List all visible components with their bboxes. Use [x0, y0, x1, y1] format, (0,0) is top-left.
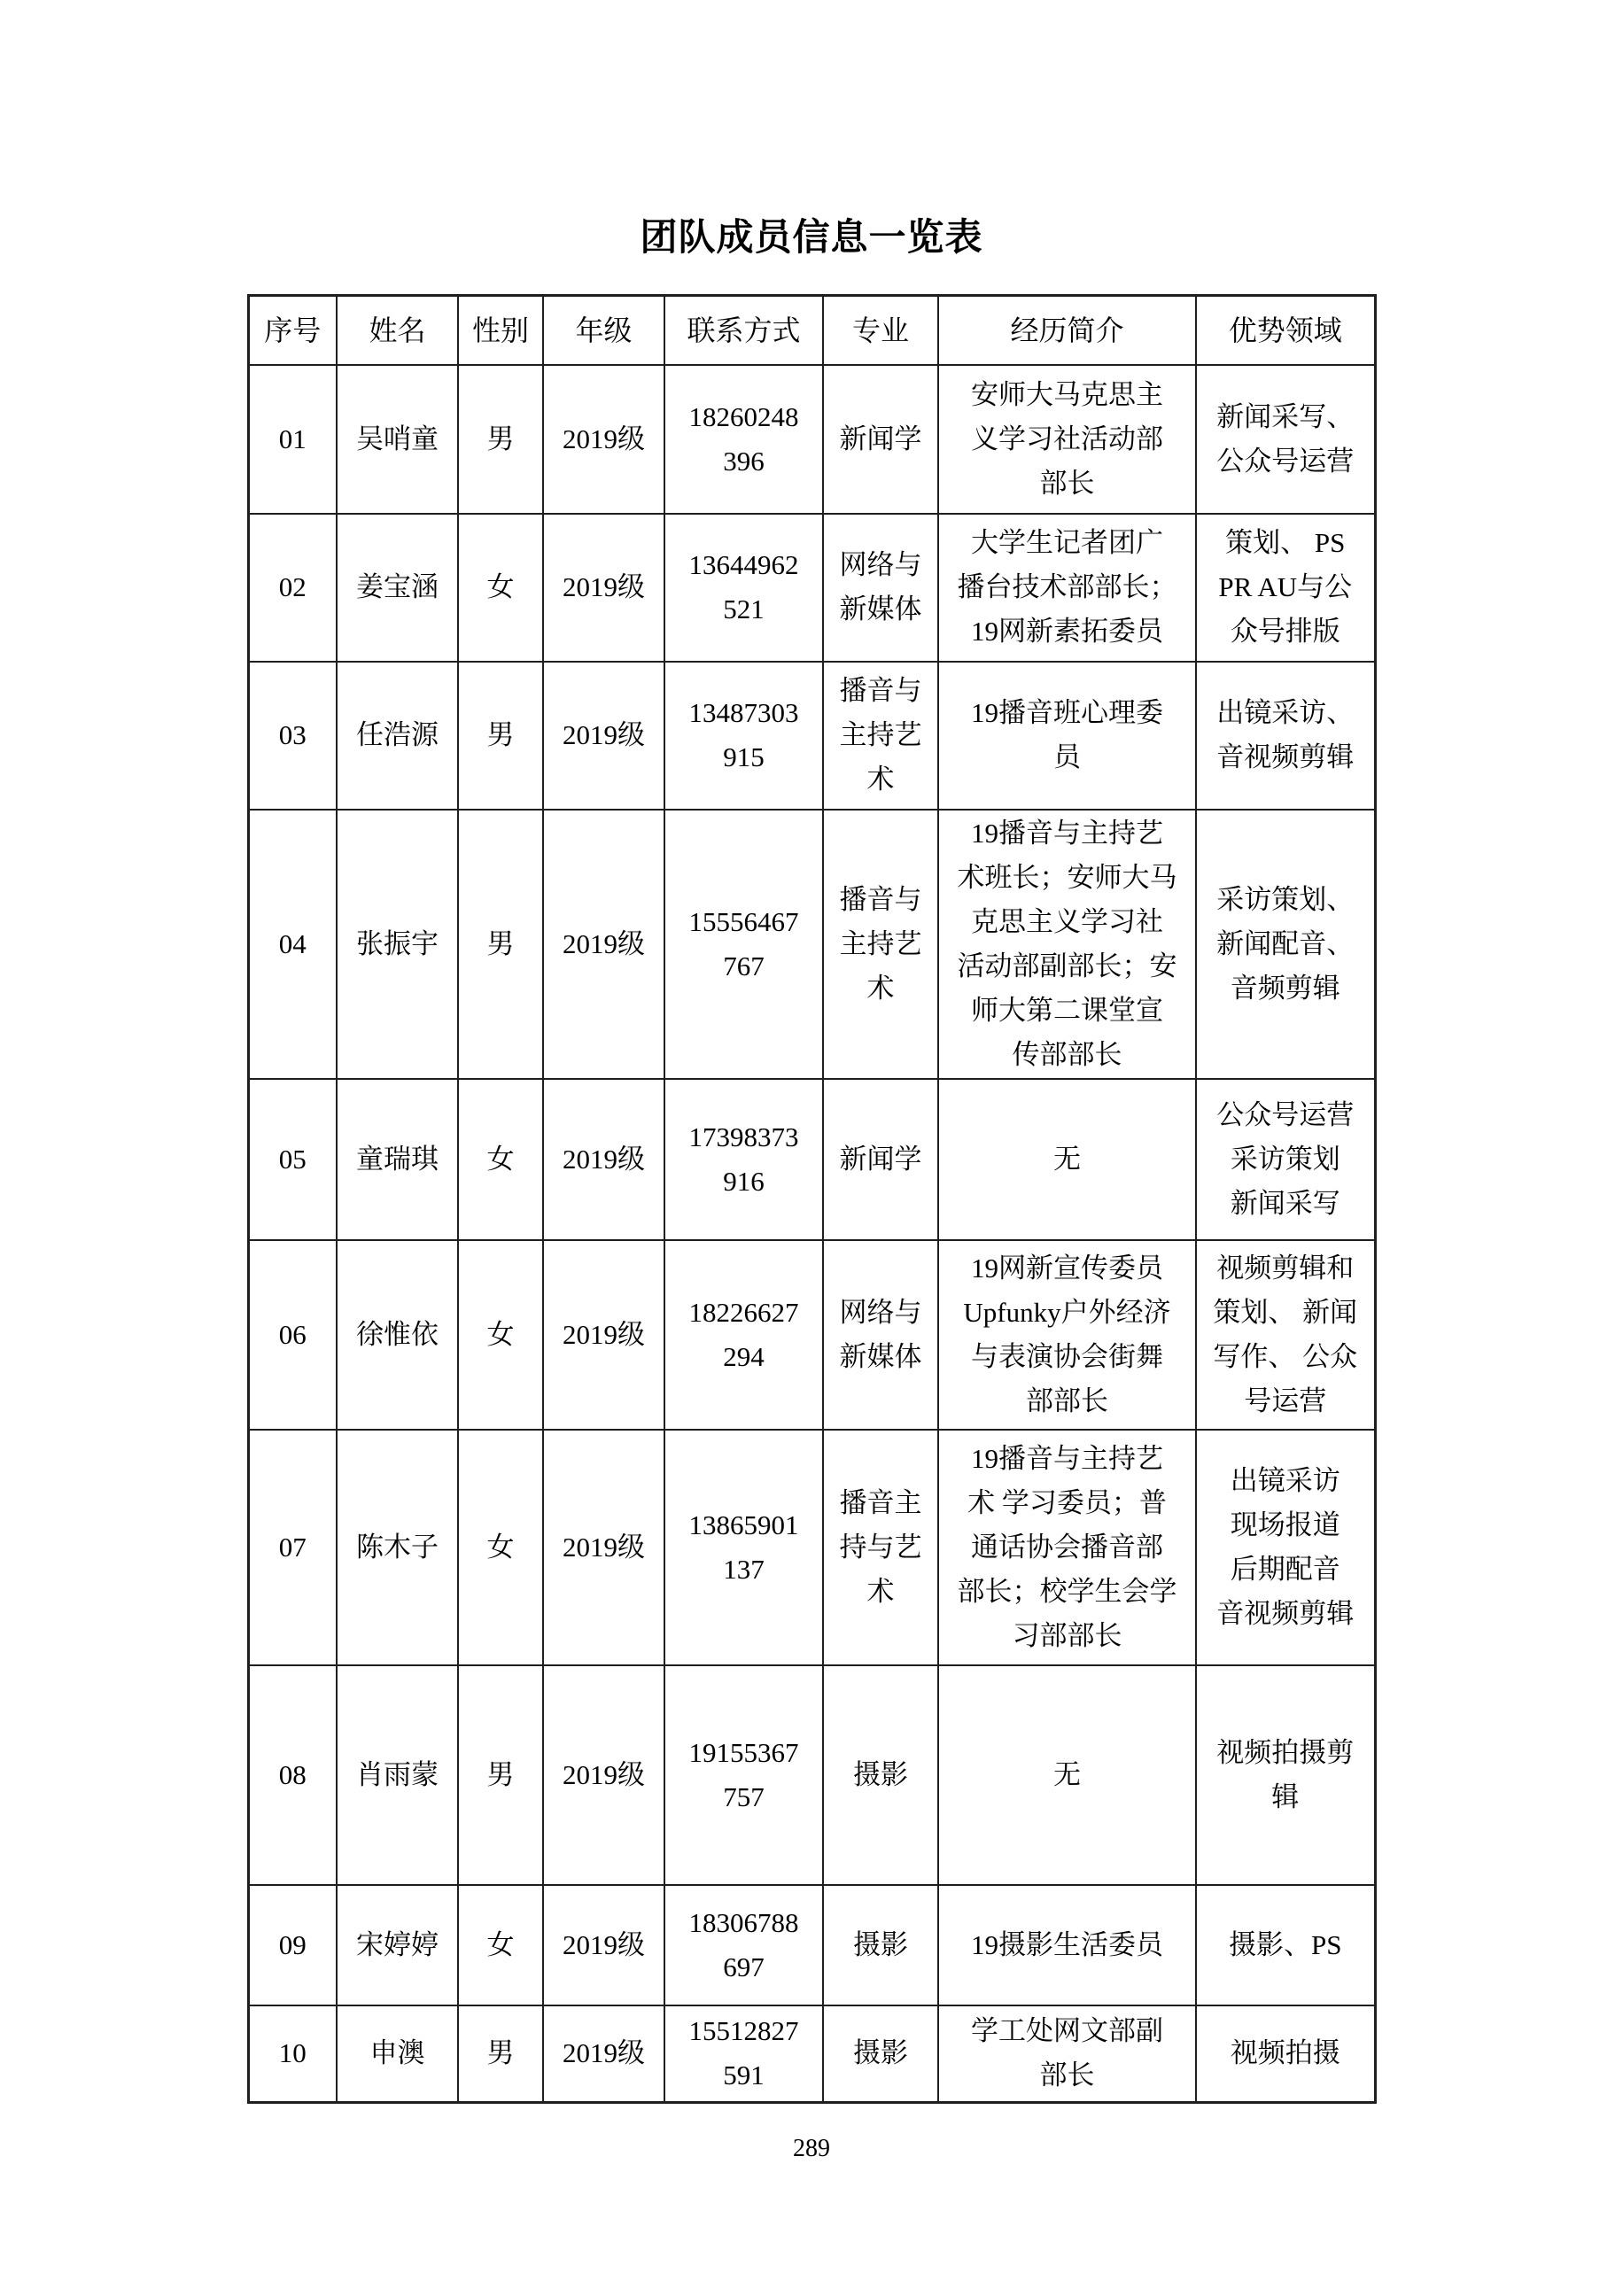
column-header-serial: 序号: [248, 296, 337, 365]
cell-contact: 13865901 137: [664, 1430, 823, 1665]
cell-serial: 06: [248, 1240, 337, 1430]
table-row: 02姜宝涵女2019级13644962 521网络与 新媒体大学生记者团广 播台…: [248, 514, 1375, 662]
cell-name: 申澳: [337, 2005, 458, 2103]
cell-grade: 2019级: [543, 514, 664, 662]
cell-name: 徐惟依: [337, 1240, 458, 1430]
cell-contact: 15556467 767: [664, 810, 823, 1079]
cell-serial: 04: [248, 810, 337, 1079]
cell-contact: 13644962 521: [664, 514, 823, 662]
cell-gender: 女: [458, 1885, 543, 2005]
cell-experience: 19播音与主持艺 术班长；安师大马 克思主义学习社 活动部副部长；安 师大第二课…: [938, 810, 1196, 1079]
cell-contact: 18306788 697: [664, 1885, 823, 2005]
cell-strengths: 新闻采写、 公众号运营: [1196, 365, 1375, 514]
cell-experience: 大学生记者团广 播台技术部部长； 19网新素拓委员: [938, 514, 1196, 662]
page-title: 团队成员信息一览表: [0, 0, 1623, 259]
cell-gender: 男: [458, 810, 543, 1079]
cell-strengths: 出镜采访 现场报道 后期配音 音视频剪辑: [1196, 1430, 1375, 1665]
column-header-strengths: 优势领域: [1196, 296, 1375, 365]
cell-major: 网络与 新媒体: [823, 1240, 938, 1430]
cell-name: 肖雨蒙: [337, 1665, 458, 1885]
cell-gender: 女: [458, 1240, 543, 1430]
cell-name: 童瑞琪: [337, 1079, 458, 1240]
cell-strengths: 出镜采访、 音视频剪辑: [1196, 662, 1375, 810]
cell-major: 新闻学: [823, 365, 938, 514]
cell-major: 新闻学: [823, 1079, 938, 1240]
cell-serial: 08: [248, 1665, 337, 1885]
column-header-contact: 联系方式: [664, 296, 823, 365]
team-members-table: 序号 姓名 性别 年级 联系方式 专业 经历简介 优势领域 01吴哨童男2019…: [247, 294, 1377, 2104]
table-header-row: 序号 姓名 性别 年级 联系方式 专业 经历简介 优势领域: [248, 296, 1375, 365]
table-row: 08肖雨蒙男2019级19155367 757摄影无视频拍摄剪 辑: [248, 1665, 1375, 1885]
cell-name: 陈木子: [337, 1430, 458, 1665]
column-header-gender: 性别: [458, 296, 543, 365]
cell-experience: 19播音与主持艺 术 学习委员；普 通话协会播音部 部长；校学生会学 习部部长: [938, 1430, 1196, 1665]
cell-experience: 19播音班心理委 员: [938, 662, 1196, 810]
column-header-name: 姓名: [337, 296, 458, 365]
cell-serial: 01: [248, 365, 337, 514]
table-row: 06徐惟依女2019级18226627 294网络与 新媒体19网新宣传委员 U…: [248, 1240, 1375, 1430]
cell-major: 播音与 主持艺 术: [823, 662, 938, 810]
cell-strengths: 公众号运营 采访策划 新闻采写: [1196, 1079, 1375, 1240]
cell-serial: 02: [248, 514, 337, 662]
cell-major: 播音与 主持艺 术: [823, 810, 938, 1079]
cell-contact: 18226627 294: [664, 1240, 823, 1430]
cell-contact: 17398373 916: [664, 1079, 823, 1240]
column-header-major: 专业: [823, 296, 938, 365]
table-row: 04张振宇男2019级15556467 767播音与 主持艺 术19播音与主持艺…: [248, 810, 1375, 1079]
cell-name: 任浩源: [337, 662, 458, 810]
cell-strengths: 视频剪辑和 策划、 新闻 写作、 公众 号运营: [1196, 1240, 1375, 1430]
cell-grade: 2019级: [543, 810, 664, 1079]
cell-grade: 2019级: [543, 1079, 664, 1240]
cell-experience: 无: [938, 1665, 1196, 1885]
cell-strengths: 视频拍摄剪 辑: [1196, 1665, 1375, 1885]
cell-serial: 03: [248, 662, 337, 810]
cell-gender: 男: [458, 1665, 543, 1885]
cell-major: 网络与 新媒体: [823, 514, 938, 662]
cell-grade: 2019级: [543, 1665, 664, 1885]
cell-major: 摄影: [823, 1665, 938, 1885]
document-page: 团队成员信息一览表 序号 姓名 性别 年级 联系方式 专业 经历简介 优势领域: [0, 0, 1623, 2296]
cell-name: 张振宇: [337, 810, 458, 1079]
cell-strengths: 摄影、PS: [1196, 1885, 1375, 2005]
cell-strengths: 采访策划、 新闻配音、 音频剪辑: [1196, 810, 1375, 1079]
cell-experience: 学工处网文部副 部长: [938, 2005, 1196, 2103]
cell-serial: 05: [248, 1079, 337, 1240]
cell-experience: 安师大马克思主 义学习社活动部 部长: [938, 365, 1196, 514]
cell-name: 宋婷婷: [337, 1885, 458, 2005]
cell-gender: 男: [458, 662, 543, 810]
cell-experience: 无: [938, 1079, 1196, 1240]
cell-contact: 18260248 396: [664, 365, 823, 514]
table-row: 03任浩源男2019级13487303 915播音与 主持艺 术19播音班心理委…: [248, 662, 1375, 810]
cell-contact: 19155367 757: [664, 1665, 823, 1885]
cell-name: 吴哨童: [337, 365, 458, 514]
cell-serial: 10: [248, 2005, 337, 2103]
cell-gender: 男: [458, 365, 543, 514]
cell-major: 播音主 持与艺 术: [823, 1430, 938, 1665]
cell-contact: 15512827 591: [664, 2005, 823, 2103]
column-header-grade: 年级: [543, 296, 664, 365]
cell-grade: 2019级: [543, 1240, 664, 1430]
cell-serial: 09: [248, 1885, 337, 2005]
cell-grade: 2019级: [543, 365, 664, 514]
column-header-experience: 经历简介: [938, 296, 1196, 365]
cell-strengths: 视频拍摄: [1196, 2005, 1375, 2103]
table-row: 01吴哨童男2019级18260248 396新闻学安师大马克思主 义学习社活动…: [248, 365, 1375, 514]
cell-experience: 19摄影生活委员: [938, 1885, 1196, 2005]
cell-gender: 女: [458, 1079, 543, 1240]
table-row: 07陈木子女2019级13865901 137播音主 持与艺 术19播音与主持艺…: [248, 1430, 1375, 1665]
cell-grade: 2019级: [543, 2005, 664, 2103]
cell-experience: 19网新宣传委员 Upfunky户外经济 与表演协会街舞 部部长: [938, 1240, 1196, 1430]
table-row: 09宋婷婷女2019级18306788 697摄影19摄影生活委员摄影、PS: [248, 1885, 1375, 2005]
cell-strengths: 策划、 PS PR AU与公 众号排版: [1196, 514, 1375, 662]
cell-contact: 13487303 915: [664, 662, 823, 810]
cell-serial: 07: [248, 1430, 337, 1665]
cell-gender: 女: [458, 514, 543, 662]
cell-gender: 女: [458, 1430, 543, 1665]
cell-grade: 2019级: [543, 1430, 664, 1665]
cell-name: 姜宝涵: [337, 514, 458, 662]
cell-gender: 男: [458, 2005, 543, 2103]
page-number: 289: [0, 2134, 1623, 2164]
table-row: 10申澳男2019级15512827 591摄影学工处网文部副 部长视频拍摄: [248, 2005, 1375, 2103]
table-row: 05童瑞琪女2019级17398373 916新闻学无公众号运营 采访策划 新闻…: [248, 1079, 1375, 1240]
cell-major: 摄影: [823, 2005, 938, 2103]
cell-grade: 2019级: [543, 662, 664, 810]
cell-grade: 2019级: [543, 1885, 664, 2005]
cell-major: 摄影: [823, 1885, 938, 2005]
